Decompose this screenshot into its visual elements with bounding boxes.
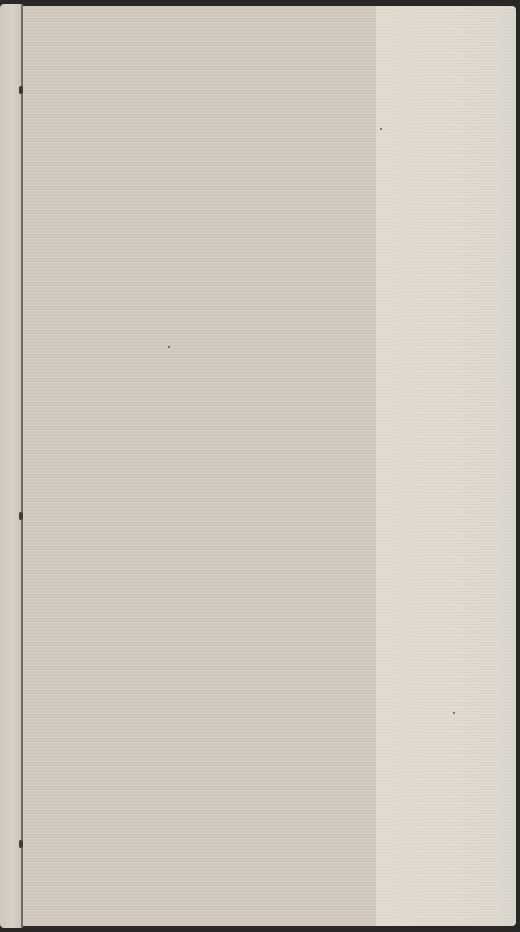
paper-speck bbox=[168, 346, 170, 348]
blank-page bbox=[23, 6, 516, 926]
facing-page-edge bbox=[0, 4, 22, 928]
paper-speck bbox=[453, 712, 455, 714]
paper-speck bbox=[380, 128, 382, 130]
page-shaded-region bbox=[23, 6, 376, 926]
page-light-region bbox=[376, 6, 516, 926]
scanned-page-image bbox=[0, 0, 520, 932]
